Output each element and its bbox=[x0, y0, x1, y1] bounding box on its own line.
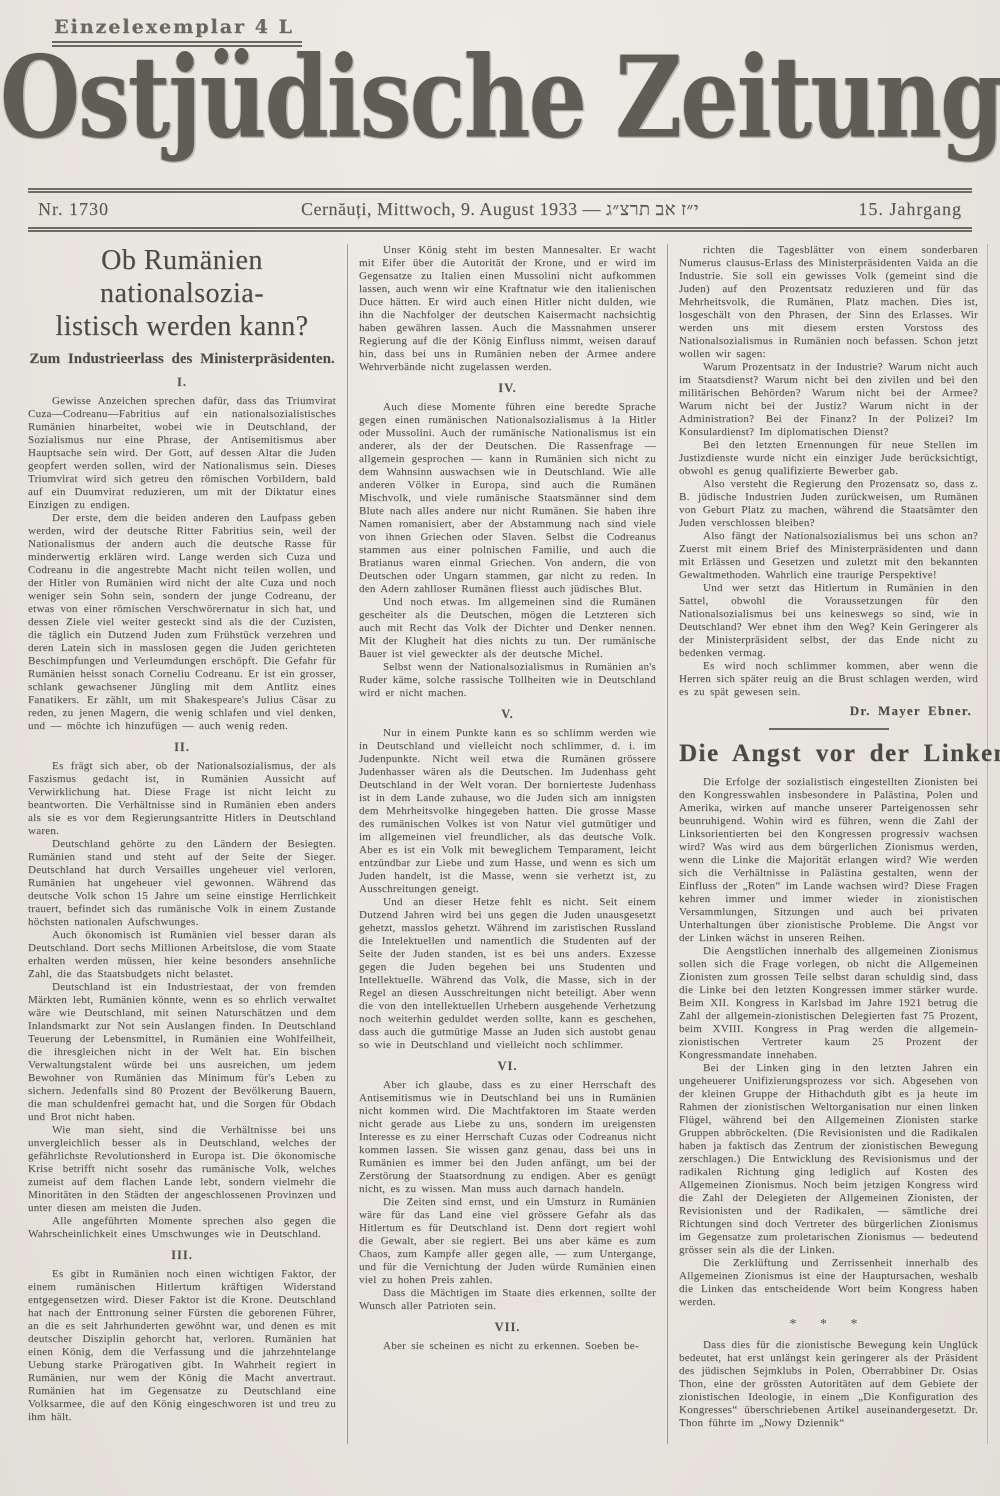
paragraph: Und noch etwas. Im allgemeinen sind die … bbox=[359, 596, 656, 661]
article2-text: Die Erfolge der sozialistisch eingestell… bbox=[679, 776, 978, 1430]
paragraph: Warum Prozentsatz in der Industrie? Waru… bbox=[679, 361, 978, 439]
dateline: Nr. 1730 Cernăuți, Mittwoch, 9. August 1… bbox=[28, 188, 972, 232]
section-numeral: VII. bbox=[359, 1320, 656, 1335]
section-numeral: V. bbox=[359, 707, 656, 722]
date-place: Cernăuți, Mittwoch, 9. August 1933 — י״ז… bbox=[238, 199, 762, 220]
paragraph: Deutschland gehörte zu den Ländern der B… bbox=[28, 838, 336, 929]
paragraph: richten die Tagesblätter von einem sonde… bbox=[679, 244, 978, 361]
paragraph: Es wird noch schlimmer kommen, aber wenn… bbox=[679, 660, 978, 699]
paragraph: Bei den letzten Ernennungen für neue Ste… bbox=[679, 439, 978, 478]
column-2: Unser König steht im besten Mannesalter.… bbox=[348, 244, 668, 1444]
paragraph: Aber sie scheinen es nicht zu erkennen. … bbox=[359, 1340, 656, 1353]
paragraph: Alle angeführten Momente sprechen also g… bbox=[28, 1215, 336, 1241]
column-1: Ob Rumänien nationalsozia- listisch werd… bbox=[28, 244, 348, 1444]
paragraph: Auch ökonomisch ist Rumänien viel besser… bbox=[28, 929, 336, 981]
paragraph: Der erste, dem die beiden anderen den La… bbox=[28, 512, 336, 733]
content-columns: Ob Rumänien nationalsozia- listisch werd… bbox=[28, 232, 988, 1444]
section-numeral: III. bbox=[28, 1248, 336, 1263]
paragraph: Gewisse Anzeichen sprechen dafür, dass d… bbox=[28, 395, 336, 512]
paragraph: Deutschland ist ein Industriestaat, der … bbox=[28, 981, 336, 1124]
article1-column2-text: Unser König steht im besten Mannesalter.… bbox=[359, 244, 656, 1353]
section-numeral: I. bbox=[28, 375, 336, 390]
section-numeral: VI. bbox=[359, 1059, 656, 1074]
paragraph: Die Aengstlichen innerhalb des allgemein… bbox=[679, 945, 978, 1062]
volume-number: 15. Jahrgang bbox=[762, 199, 962, 220]
paragraph: Es frägt sich aber, ob der Nationalsozia… bbox=[28, 760, 336, 838]
paragraph: Die Erfolge der sozialistisch eingestell… bbox=[679, 776, 978, 945]
paragraph: Auch diese Momente führen eine beredte S… bbox=[359, 401, 656, 596]
article-divider-rule bbox=[769, 728, 889, 730]
article1-signature: Dr. Mayer Ebner. bbox=[679, 703, 972, 719]
paragraph: Nur in einem Punkte kann es so schlimm w… bbox=[359, 727, 656, 896]
paragraph: Bei der Linken ging in den letzten Jahre… bbox=[679, 1062, 978, 1257]
article1-column3-text: richten die Tagesblätter von einem sonde… bbox=[679, 244, 978, 699]
paragraph: Dass die Mächtigen im Staate dies erkenn… bbox=[359, 1287, 656, 1313]
paragraph: Und an dieser Hetze fehlt es nicht. Seit… bbox=[359, 896, 656, 1052]
article1-header: Ob Rumänien nationalsozia- listisch werd… bbox=[28, 244, 336, 368]
newspaper-page: Einzelexemplar 4 L Ostjüdische Zeitung N… bbox=[0, 0, 1000, 1496]
section-numeral: II. bbox=[28, 740, 336, 755]
paragraph: Die Zerklüftung und Zerrissenheit innerh… bbox=[679, 1257, 978, 1309]
section-numeral: IV. bbox=[359, 381, 656, 396]
article1-headline-line1: Ob Rumänien nationalsozia- bbox=[28, 244, 336, 310]
masthead-title: Ostjüdische Zeitung bbox=[0, 32, 1000, 164]
paragraph: Aber ich glaube, dass es zu einer Herrsc… bbox=[359, 1079, 656, 1196]
paragraph: Es gibt in Rumänien noch einen wichtigen… bbox=[28, 1268, 336, 1424]
paragraph: Selbst wenn der Nationalsozialismus in R… bbox=[359, 661, 656, 700]
article1-column1-text: I.Gewisse Anzeichen sprechen dafür, dass… bbox=[28, 375, 336, 1424]
paragraph: Also fängt der Nationalsozialismus bei u… bbox=[679, 530, 978, 582]
paragraph: Und wer setzt das Hitlertum in Rumänien … bbox=[679, 582, 978, 660]
paragraph: Also versteht die Regierung den Prozensa… bbox=[679, 478, 978, 530]
paragraph: Wie man sieht, sind die Verhältnisse bei… bbox=[28, 1124, 336, 1215]
stars-separator: * * * bbox=[679, 1317, 978, 1333]
article1-headline-line2: listisch werden kann? bbox=[28, 310, 336, 343]
article1-subhead: Zum Industrieerlass des Ministerpräsiden… bbox=[28, 351, 336, 368]
article2-headline: Die Angst vor der Linken. bbox=[679, 740, 978, 768]
paragraph: Die Zeiten sind ernst, und ein Umsturz i… bbox=[359, 1196, 656, 1287]
paragraph: Unser König steht im besten Mannesalter.… bbox=[359, 244, 656, 374]
paragraph: Dass dies für die zionistische Bewegung … bbox=[679, 1339, 978, 1430]
issue-number: Nr. 1730 bbox=[38, 199, 238, 220]
column-3: richten die Tagesblätter von einem sonde… bbox=[668, 244, 988, 1444]
